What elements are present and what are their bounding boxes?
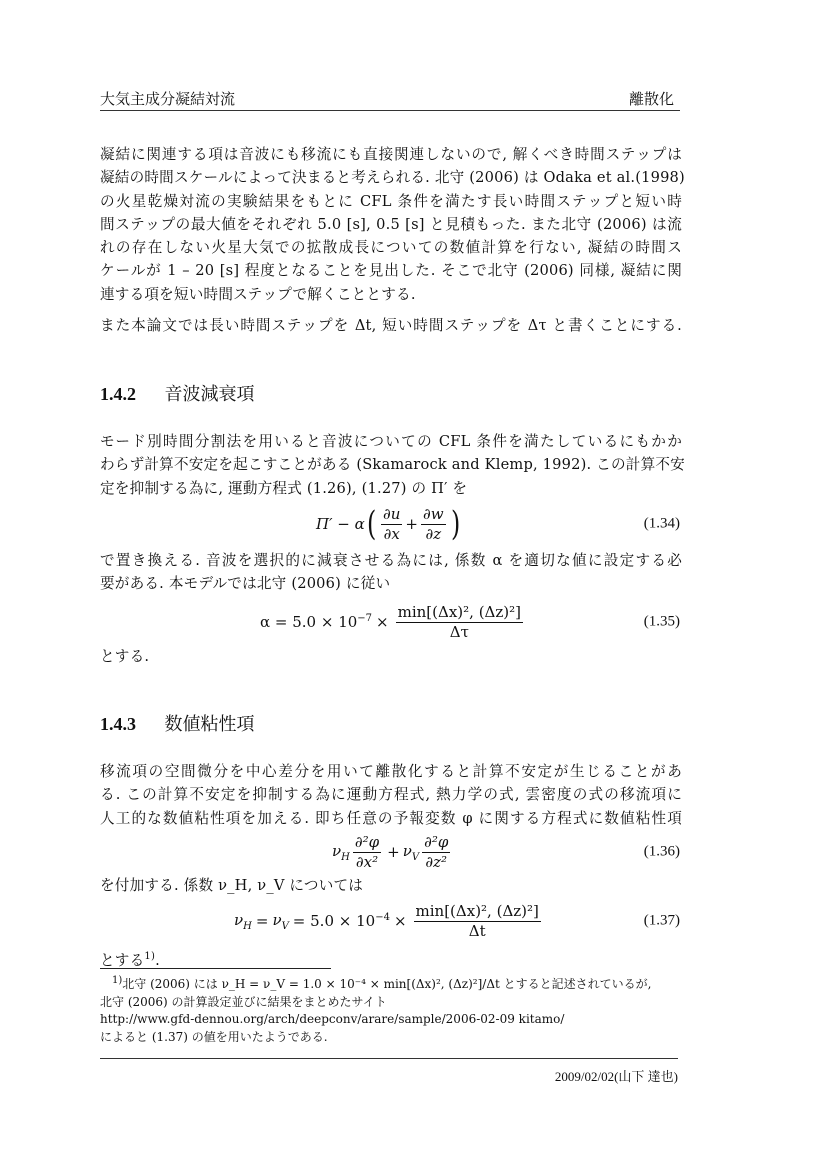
section-143-paragraph: 移流項の空間微分を中心差分を用いて離散化すると計算不安定が生じることがあ る. … [100,760,682,830]
section-number: 1.4.2 [100,384,160,405]
fraction: ∂w ∂z [421,506,446,543]
header-rule [100,110,680,111]
text-line: で置き換える. 音波を選択的に減衰させる為には, 係数 α を適切な値に設定する… [100,549,682,572]
nu-h: νH [234,911,252,932]
nu-h: νH [332,842,350,863]
text-line: ケールが 1 – 20 [s] 程度となることを見出した. そこで北守 (200… [100,259,682,282]
equation-1-35: α = 5.0 × 10−7 × min[(Δx)², (Δz)²] Δτ (1… [100,600,680,644]
after-eq-135: とする. [100,645,682,668]
equation-number: (1.37) [644,913,680,930]
footer-rule [100,1058,678,1059]
left-paren: ( [367,507,376,541]
footer-date-author: 2009/02/02(山下 達也) [555,1066,678,1085]
equals-sign: = [256,912,269,930]
text-line: わらず計算不安定を起こすことがある (Skamarock and Klemp, … [100,453,682,476]
footnote-ref[interactable]: 1) [144,951,155,962]
numerator: min[(Δx)², (Δz)²] [396,604,523,623]
nu-v: νV [272,911,288,932]
equation-number: (1.35) [644,614,680,631]
footnote-line: によると (1.37) の値を用いたようである. [100,1029,682,1047]
text-line: 移流項の空間微分を中心差分を用いて離散化すると計算不安定が生じることがあ [100,760,682,783]
denominator: ∂x² [356,853,378,871]
equation-number: (1.36) [644,844,680,861]
numerator: ∂²φ [422,834,450,853]
section-heading-1-4-2: 1.4.2 音波減衰項 [100,380,255,406]
text-line: 連する項を短い時間ステップで解くこととする. [100,283,682,306]
numerator: ∂u [381,506,402,525]
section-title: 数値粘性項 [165,714,255,735]
denominator: Δτ [450,623,469,641]
plus-sign: + [387,843,400,861]
text-line: 凝結の時間スケールによって決まると考えられる. 北守 (2006) は Odak… [100,166,682,189]
text-line: る. この計算不安定を抑制する為に運動方程式, 熱力学の式, 雲密度の式の移流項… [100,783,682,806]
text-line: れの存在しない火星大気での拡散成長についての数値計算を行ない, 凝結の時間ス [100,236,682,259]
footnote-line: 北守 (2006) の計算設定並びに結果をまとめたサイト [100,994,682,1012]
denominator: ∂z² [425,853,447,871]
notation-paragraph: また本論文では長い時間ステップを Δt, 短い時間ステップを Δτ と書くことに… [100,314,682,337]
numerator: ∂w [421,506,446,525]
denominator: ∂z [425,525,441,543]
eq-rhs: = 5.0 × 10−4 [293,912,390,930]
numerator: min[(Δx)², (Δz)²] [414,903,541,922]
section-heading-1-4-3: 1.4.3 数値粘性項 [100,710,255,736]
after-eq-134-paragraph: で置き換える. 音波を選択的に減衰させる為には, 係数 α を適切な値に設定する… [100,549,682,596]
equation-number: (1.34) [644,516,680,533]
fraction: min[(Δx)², (Δz)²] Δτ [396,604,523,641]
text-line: 要がある. 本モデルでは北守 (2006) に従い [100,572,682,595]
denominator: ∂x [384,525,400,543]
text-line: の火星乾燥対流の実験結果をもとに CFL 条件を満たす長い時間ステップと短い時 [100,190,682,213]
text-line: 人工的な数値粘性項を加える. 即ち任意の予報変数 φ に関する方程式に数値粘性項 [100,807,682,830]
eq-lhs: Π′ − α [316,515,365,533]
text-line: モード別時間分割法を用いると音波についての CFL 条件を満たしているにもかか [100,430,682,453]
footnote-mark: 1) [112,975,122,986]
fraction: min[(Δx)², (Δz)²] Δt [414,903,541,940]
text-line: を付加する. 係数 ν_H, ν_V については [100,874,682,897]
header-title: 大気主成分凝結対流 [100,88,235,109]
footnote: 1)北守 (2006) には ν_H = ν_V = 1.0 × 10⁻⁴ × … [100,972,682,1046]
header-section: 離散化 [629,88,674,109]
times-sign: × [376,613,389,631]
footnote-line: 1)北守 (2006) には ν_H = ν_V = 1.0 × 10⁻⁴ × … [100,972,682,994]
text-line: 定を抑制する為に, 運動方程式 (1.26), (1.27) の Π′ を [100,477,682,500]
text-line: とする. [100,645,682,668]
denominator: Δt [469,922,486,940]
footnote-rule [100,968,331,969]
fraction: ∂²φ ∂x² [353,834,381,871]
times-sign: × [394,912,407,930]
plus-sign: + [405,515,418,533]
section-title: 音波減衰項 [165,384,255,405]
text-line: 凝結に関連する項は音波にも移流にも直接関連しないので, 解くべき時間ステップは [100,143,682,166]
fraction: ∂u ∂x [381,506,402,543]
equation-1-34: Π′ − α ( ∂u ∂x + ∂w ∂z ) (1.34) [100,502,680,546]
intro-paragraph: 凝結に関連する項は音波にも移流にも直接関連しないので, 解くべき時間ステップは … [100,143,682,306]
eq-lhs: α = 5.0 × 10−7 [260,613,372,631]
section-142-paragraph: モード別時間分割法を用いると音波についての CFL 条件を満たしているにもかか … [100,430,682,500]
fraction: ∂²φ ∂z² [422,834,450,871]
nu-v: νV [403,842,419,863]
right-paren: ) [451,507,460,541]
text-line: また本論文では長い時間ステップを Δt, 短い時間ステップを Δτ と書くことに… [100,314,682,337]
section-number: 1.4.3 [100,714,160,735]
running-header: 大気主成分凝結対流 離散化 [100,88,680,110]
text-line: 間ステップの最大値をそれぞれ 5.0 [s], 0.5 [s] と見積もった. … [100,213,682,236]
equation-1-36: νH ∂²φ ∂x² + νV ∂²φ ∂z² (1.36) [100,830,680,874]
equation-1-37: νH = νV = 5.0 × 10−4 × min[(Δx)², (Δz)²]… [100,899,680,943]
after-eq-136: を付加する. 係数 ν_H, ν_V については [100,874,682,897]
footnote-link[interactable]: http://www.gfd-dennou.org/arch/deepconv/… [100,1011,682,1029]
numerator: ∂²φ [353,834,381,853]
